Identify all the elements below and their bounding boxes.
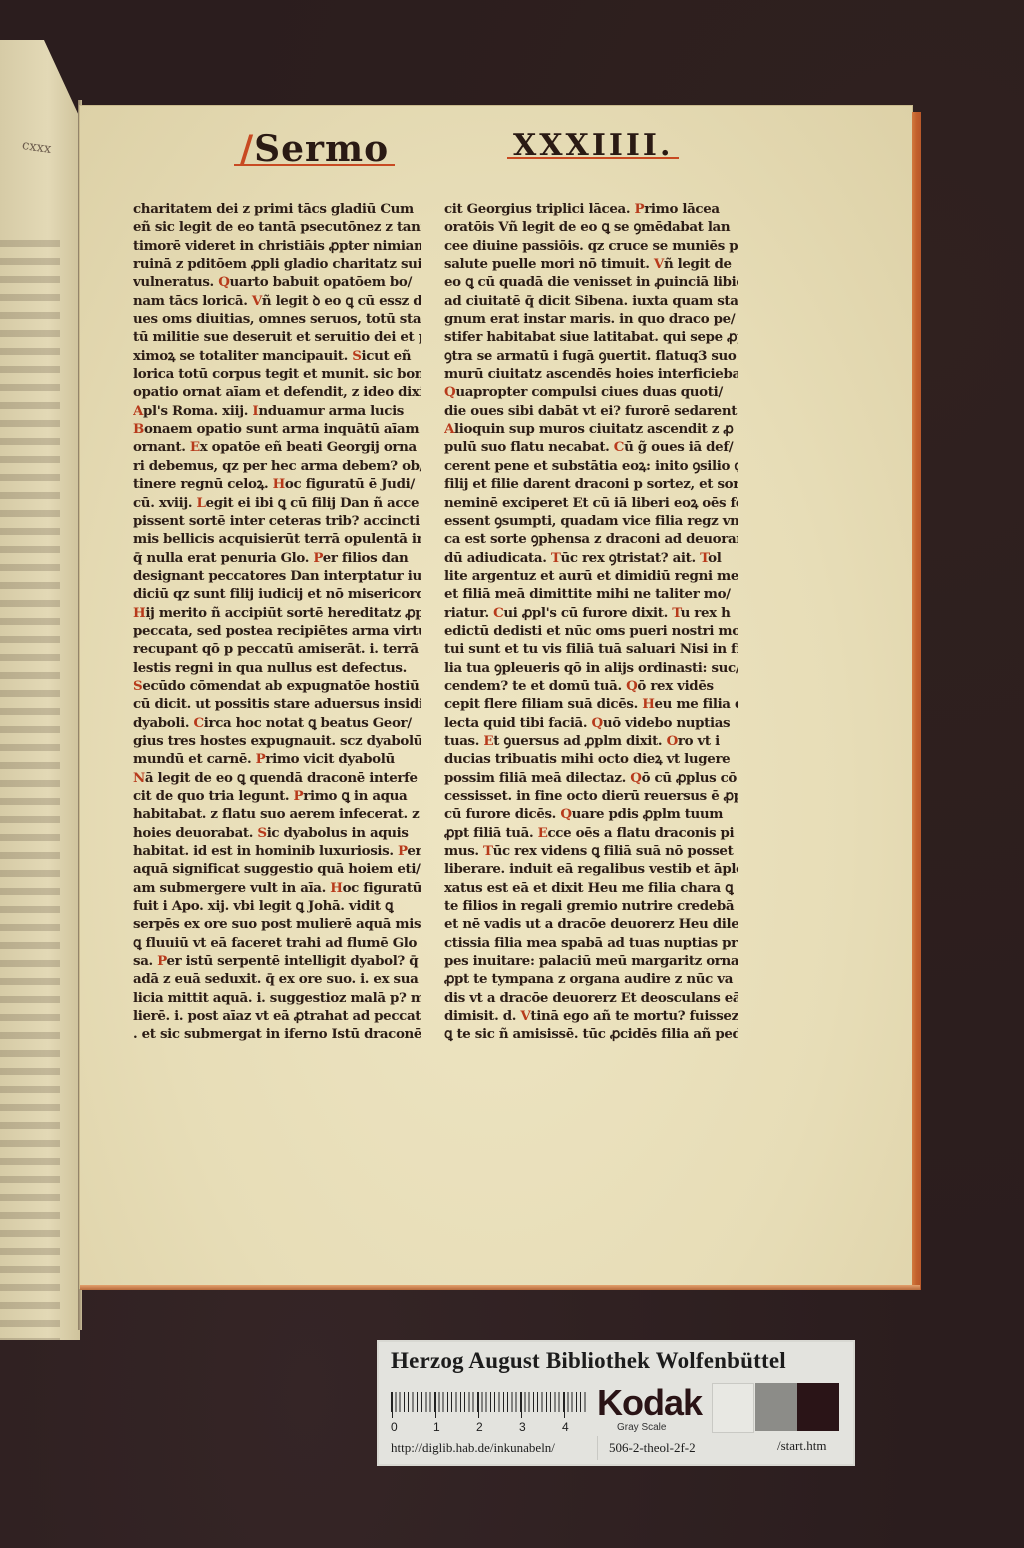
text-line: opatio ornat aīam et defendit, z ideo di…: [133, 383, 421, 401]
text-line: neminē exciperet Et cū iā liberi eoꝝ oēs…: [444, 494, 738, 512]
rubricated-initial: Q: [218, 274, 229, 290]
rubricated-initial: H: [642, 696, 654, 712]
text-line: cendem? te et domū tuā. Qō rex vidēs: [444, 677, 738, 695]
text-line: tui sunt et tu vis filiā tuā saluari Nis…: [444, 640, 738, 658]
text-line: hoies deuorabat. Sic dyabolus in aquis: [133, 824, 421, 842]
rubricated-initial: P: [294, 788, 304, 804]
gray-patch-mid: [755, 1383, 797, 1431]
text-line: ruinā z pditōem ꝓpli gladio charitatz su…: [133, 255, 421, 273]
rubricated-initial: P: [256, 751, 266, 767]
rubricated-initial: P: [634, 201, 644, 217]
running-title: /Sermo: [240, 128, 389, 170]
text-line: ximoꝝ se totaliter mancipauit. Sicut eñ: [133, 347, 421, 365]
gray-patch-white: [712, 1383, 754, 1433]
rubricated-initial: H: [133, 605, 145, 621]
text-line: designant peccatores Dan interptatur iu: [133, 567, 421, 585]
text-line: habitat. id est in hominib luxuriosis. P…: [133, 842, 421, 860]
text-line: die oues sibi dabāt vt ei? furorē sedare…: [444, 402, 738, 420]
rubricated-initial: Q: [444, 384, 455, 400]
text-line: ꝓpt filiā tuā. Ecce oēs a flatu draconis…: [444, 824, 738, 842]
text-line: essent ꝯsumpti, quadam vice filia regz v…: [444, 512, 738, 530]
color-target-card: Herzog August Bibliothek Wolfenbüttel 0 …: [377, 1340, 855, 1466]
text-line: pissent sortē inter ceteras trib? accinc…: [133, 512, 421, 530]
ruler-number: 3: [519, 1420, 526, 1434]
ruler-number: 2: [476, 1420, 483, 1434]
text-line: serpēs ex ore suo post mulierē aquā misi…: [133, 915, 421, 933]
text-line: mundū et carnē. Primo vicit dyabolū: [133, 750, 421, 768]
rubric-underline: [234, 164, 395, 166]
text-line: dyaboli. Circa hoc notat ꝗ beatus Geor/: [133, 714, 421, 732]
text-line: tū militie sue deseruit et seruitio dei …: [133, 328, 421, 346]
text-line: lierē. i. post aīaz vt eā ꝓtrahat ad pec…: [133, 1007, 421, 1025]
text-line: Quapropter compulsi ciues duas quoti/: [444, 383, 738, 401]
gray-scale-label: Gray Scale: [617, 1422, 666, 1433]
rubric-underline: [507, 157, 679, 159]
text-line: eñ sic legit de eo tantā psecutōnez z ta…: [133, 218, 421, 236]
rubricated-initial: S: [257, 825, 266, 841]
rubricated-initial: C: [614, 439, 624, 455]
rubricated-initial: Q: [630, 770, 641, 786]
rubricated-initial: Q: [626, 678, 637, 694]
ruler-number: 0: [391, 1420, 398, 1434]
text-line: lite argentuz et aurū et dimidiū regni m…: [444, 567, 738, 585]
kodak-logo: Kodak: [597, 1382, 702, 1424]
text-line: filij et filie darent draconi p sortez, …: [444, 475, 738, 493]
text-column-left: charitatem dei z primi tācs gladiū Cumeñ…: [133, 200, 421, 1044]
text-line: aquā significat suggestio quā hoiem eti/: [133, 860, 421, 878]
text-line: sa. Per istū serpentē intelligit dyabol?…: [133, 952, 421, 970]
text-line: cerent pene et substātia eoꝝ: inito ꝯsil…: [444, 457, 738, 475]
rubricated-initial: T: [551, 550, 561, 566]
verso-page: cxxx: [0, 40, 80, 1340]
text-line: lecta quid tibi faciā. Quō videbo nuptia…: [444, 714, 738, 732]
url-suffix: /start.htm: [777, 1438, 826, 1454]
text-line: ues oms diuitias, omnes seruos, totū sta: [133, 310, 421, 328]
text-line: am submergere vult in aīa. Hoc figuratū: [133, 879, 421, 897]
page-edge-bottom: [80, 1285, 920, 1290]
text-line: possim filiā meā dilectaz. Qō cū ꝓplus c…: [444, 769, 738, 787]
verso-text-bleed: [0, 240, 60, 1390]
text-line: ctissia filia mea spabā ad tuas nuptias …: [444, 934, 738, 952]
rubricated-initial: Q: [592, 715, 603, 731]
text-line: ꝗ fluuiū vt eā faceret trahi ad flumē Gl…: [133, 934, 421, 952]
text-line: mis bellicis acquisierūt terrā opulentā …: [133, 530, 421, 548]
text-line: ri debemus, qz per hec arma debem? ob/: [133, 457, 421, 475]
rubricated-initial: L: [196, 495, 205, 511]
text-line: Hij merito ñ accipiūt sortē hereditatz ꝓ…: [133, 604, 421, 622]
rubricated-initial: P: [313, 550, 322, 566]
text-line: ducias tribuatis mihi octo dieꝝ vt luger…: [444, 750, 738, 768]
ruler-ticks: [391, 1392, 587, 1412]
rubricated-initial: E: [483, 733, 493, 749]
ruler-number: 1: [433, 1420, 440, 1434]
ruler-major-tick: [478, 1392, 479, 1418]
rubricated-initial: B: [133, 421, 144, 437]
text-line: ornant. Ex opatōe eñ beati Georgij orna: [133, 438, 421, 456]
rubricated-initial: C: [493, 605, 503, 621]
text-line: Apl's Roma. xiij. Induamur arma lucis: [133, 402, 421, 420]
text-line: ꝓpt te tympana z organa audire z nūc va: [444, 970, 738, 988]
text-line: et filiā meā dimittite mihi ne taliter m…: [444, 585, 738, 603]
rubricated-initial: N: [133, 770, 145, 786]
text-line: Nā legit de eo ꝗ quendā draconē interfe: [133, 769, 421, 787]
text-line: te filios in regali gremio nutrire crede…: [444, 897, 738, 915]
verso-shelfmark: cxxx: [21, 138, 52, 157]
text-line: habitabat. z flatu suo aerem infecerat. …: [133, 805, 421, 823]
text-line: tuas. Et ꝯuersus ad ꝓplm dixit. Oro vt i: [444, 732, 738, 750]
rubricated-initial: T: [700, 550, 708, 566]
rubricated-initial: P: [398, 843, 407, 859]
text-line: ꝯtra se armatū i fugā ꝯuertit. flatuq3 s…: [444, 347, 738, 365]
text-line: murū ciuitatz ascendēs hoies interficieb…: [444, 365, 738, 383]
text-line: edictū dedisti et nūc oms pueri nostri m…: [444, 622, 738, 640]
text-line: mus. Tūc rex videns ꝗ filiā suā nō posse…: [444, 842, 738, 860]
ruler-major-tick: [521, 1392, 522, 1418]
text-line: gnum erat instar maris. in quo draco pe/: [444, 310, 738, 328]
rubricated-initial: E: [190, 439, 200, 455]
rubricated-initial: I: [252, 403, 258, 419]
text-line: salute puelle mori nō timuit. Vñ legit d…: [444, 255, 738, 273]
text-line: gius tres hostes expugnauit. scz dyabolū: [133, 732, 421, 750]
text-line: nam tācs loricā. Vñ legit ꝺ eo ꝗ cū essz…: [133, 292, 421, 310]
rubricated-initial: P: [157, 953, 166, 969]
card-divider: [597, 1436, 598, 1460]
text-line: tinere regnū celoꝝ. Hoc figuratū ē Judi/: [133, 475, 421, 493]
text-line: cit de quo tria legunt. Primo ꝗ in aqua: [133, 787, 421, 805]
text-column-right: cit Georgius triplici lācea. Primo lācea…: [444, 200, 738, 1044]
library-name: Herzog August Bibliothek Wolfenbüttel: [391, 1348, 786, 1374]
text-line: et nē vadis ut a dracōe deuorerz Heu dil…: [444, 915, 738, 933]
text-line: eo ꝗ cū quadā die venisset in ꝓuinciā li…: [444, 273, 738, 291]
rubricated-initial: A: [133, 403, 143, 419]
text-line: lia tua ꝯpleueris qō in alijs ordinasti:…: [444, 659, 738, 677]
rubricated-initial: T: [483, 843, 493, 859]
rubricated-initial: V: [252, 293, 262, 309]
text-line: stifer habitabat siue latitabat. qui sep…: [444, 328, 738, 346]
text-line: cepit flere filiam suā dicēs. Heu me fil…: [444, 695, 738, 713]
text-line: dū adiudicata. Tūc rex ꝯtristat? ait. To…: [444, 549, 738, 567]
rubricated-initial: V: [520, 1008, 530, 1024]
text-line: dimisit. d. Vtinā ego añ te mortu? fuiss…: [444, 1007, 738, 1025]
text-line: Alioquin sup muros ciuitatz ascendit z ꝓ: [444, 420, 738, 438]
text-line: cit Georgius triplici lācea. Primo lācea: [444, 200, 738, 218]
text-line: xatus est eā et dixit Heu me filia chara…: [444, 879, 738, 897]
text-line: vulneratus. Quarto babuit opatōem bo/: [133, 273, 421, 291]
text-line: licia mittit aquā. i. suggestioz malā p?…: [133, 989, 421, 1007]
text-line: recupant qō p peccatū amiserāt. i. terrā…: [133, 640, 421, 658]
text-line: liberare. induit eā regalibus vestib et …: [444, 860, 738, 878]
ruler-major-tick: [564, 1392, 565, 1418]
rubricated-initial: Q: [560, 806, 571, 822]
text-line: ca est sorte ꝯphensa z draconi ad deuora…: [444, 530, 738, 548]
folio-number: XXXIIII.: [513, 128, 673, 163]
rubricated-initial: T: [672, 605, 680, 621]
text-line: . et sic submergat in iferno Istū dracon…: [133, 1025, 421, 1043]
text-line: pulū suo flatu necabat. Cū g̃ oues iā de…: [444, 438, 738, 456]
text-line: fuit i Apo. xij. vbi legit ꝗ Johā. vidit…: [133, 897, 421, 915]
text-line: charitatem dei z primi tācs gladiū Cum: [133, 200, 421, 218]
text-line: ꝗ te sic ñ amisissē. tūc ꝓcidēs filia añ…: [444, 1025, 738, 1043]
text-line: Bonaem opatio sunt arma inquātū aīam: [133, 420, 421, 438]
gray-patch-black: [797, 1383, 839, 1431]
ruler-major-tick: [392, 1392, 393, 1418]
page-edge-right: [912, 112, 921, 1290]
text-line: oratōis Vñ legit de eo ꝗ se ꝯmēdabat lan: [444, 218, 738, 236]
shelfmark: 506-2-theol-2f-2: [609, 1440, 696, 1456]
text-line: cee diuine passiōis. qz cruce se muniēs …: [444, 237, 738, 255]
text-line: ad ciuitatē q̄ dicit Sibena. iuxta quam …: [444, 292, 738, 310]
rubricated-initial: C: [193, 715, 203, 731]
rubricated-initial: V: [654, 256, 664, 272]
text-line: dis vt a dracōe deuorerz Et deosculans e…: [444, 989, 738, 1007]
text-line: timorē videret in christiāis ꝓpter nimia…: [133, 237, 421, 255]
digital-library-url: http://diglib.hab.de/inkunabeln/: [391, 1440, 555, 1456]
text-line: cū dicit. ut possitis stare aduersus ins…: [133, 695, 421, 713]
rubricated-initial: S: [352, 348, 361, 364]
text-line: lestis regni in qua nullus est defectus.: [133, 659, 421, 677]
rubricated-initial: O: [667, 733, 678, 749]
text-line: riatur. Cui ꝓpl's cū furore dixit. Tu re…: [444, 604, 738, 622]
rubricated-initial: A: [444, 421, 454, 437]
measurement-ruler: 0 1 2 3 4: [391, 1392, 587, 1438]
rubricated-initial: H: [273, 476, 285, 492]
rubricated-initial: H: [330, 880, 342, 896]
rubricated-initial: E: [538, 825, 548, 841]
text-line: lorica totū corpus tegit et munit. sic b…: [133, 365, 421, 383]
text-line: cū. xviij. Legit ei ibi ꝗ cū filij Dan ñ…: [133, 494, 421, 512]
rubricated-initial: S: [133, 678, 142, 694]
text-line: cū furore dicēs. Quare pdis ꝓplm tuum: [444, 805, 738, 823]
ruler-major-tick: [435, 1392, 436, 1418]
text-line: peccata, sed postea recipiētes arma virt…: [133, 622, 421, 640]
ruler-number: 4: [562, 1420, 569, 1434]
text-line: pes inuitare: palaciū meū margaritz orna…: [444, 952, 738, 970]
text-line: Secūdo cōmendat ab expugnatōe hostiū: [133, 677, 421, 695]
text-line: diciū qz sunt filij iudicij et nō miseri…: [133, 585, 421, 603]
text-line: adā z euā seduxit. q̄ ex ore suo. i. ex …: [133, 970, 421, 988]
text-line: q̄ nulla erat penuria Glo. Per filios da…: [133, 549, 421, 567]
text-line: cessisset. in fine octo dierū reuersus ē…: [444, 787, 738, 805]
